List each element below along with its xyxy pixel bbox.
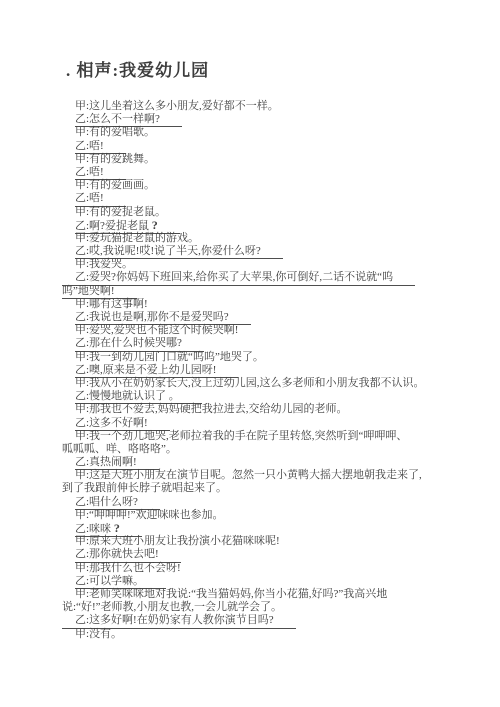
- dialogue-line: 乙:噢,原来是不爱上幼儿园呀!: [62, 364, 456, 377]
- dialogue-line-underlined-text: 乙:可以学嘛。: [75, 575, 166, 589]
- dialogue-line: 乙:咪咪 ?: [62, 522, 456, 535]
- dialogue-line-underlined-text: 乙:唔!: [75, 140, 126, 154]
- page-title: . 相声:我爱幼儿园: [66, 58, 456, 84]
- dialogue-line: 甲:老师笑咪咪地对我说:“我当猫妈妈,你当小花猫,好吗?”我高兴地: [62, 588, 456, 601]
- bold-question-mark: ?: [114, 521, 120, 535]
- dialogue-line: 甲:爱玩猫捉老鼠的游戏。: [62, 232, 456, 245]
- dialogue-line: 乙:那你就快去吧!: [62, 548, 456, 561]
- dialogue-line-text: 甲:没有。: [75, 628, 122, 640]
- dialogue-line-text: 甲:原来大班小朋友让我扮演小花猫咪咪呢!: [75, 535, 280, 547]
- dialogue-line: 乙:唔!: [62, 192, 456, 205]
- dialogue-line-text: 甲:这是大班小朋友在演节目呢。忽然一只小黄鸭大摇大摆地朝我走来了,: [75, 469, 422, 481]
- dialogue-line-underlined-text: 呜”地哭啊!: [62, 285, 137, 299]
- dialogue-line: 甲:有的爱捉老鼠。: [62, 206, 456, 219]
- dialogue-script: 甲:这儿坐着这么多小朋友,爱好都不一样。乙:怎么不一样啊?甲:有的爱唱歌。乙:唔…: [62, 100, 456, 641]
- dialogue-line-underlined-text: 乙:唔!: [75, 192, 126, 206]
- dialogue-line: 乙:那在什么时候哭哪?: [62, 337, 456, 350]
- dialogue-line: 说:“好!”老师教,小朋友也教,一会儿就学会了。: [62, 601, 456, 614]
- dialogue-line: 乙:哎,我说呢!哎!说了半天,你爱什么呀?: [62, 245, 456, 258]
- dialogue-line-underlined-text: 乙:那你就快去吧!: [75, 548, 181, 562]
- dialogue-line-text: 甲:老师笑咪咪地对我说:“我当猫妈妈,你当小花猫,好吗?”我高兴地: [75, 588, 387, 600]
- dialogue-line: 乙:这多好啊!在奶奶家有人教你演节目吗?: [62, 614, 456, 627]
- dialogue-line: 乙:唔!: [62, 166, 456, 179]
- dialogue-line-text: 甲:我一个劲儿地哭,老师拉着我的手在院子里转悠,突然听到“呷呷呷、: [75, 430, 407, 442]
- dialogue-line-text: 甲:我一到幼儿园门口就“呜呜”地哭了。: [75, 351, 264, 363]
- dialogue-line-text: 甲:哪有这事啊!: [75, 298, 148, 310]
- dialogue-line: 甲:有的爱跳舞。: [62, 153, 456, 166]
- dialogue-line-text: 甲:有的爱画画。: [75, 179, 155, 191]
- dialogue-line-text: 甲:那我什么也不会呀!: [75, 562, 181, 574]
- dialogue-line-underlined-text: 乙:唔!: [75, 166, 126, 180]
- dialogue-line-underlined-text: 乙:唱什么呀?: [75, 496, 160, 510]
- dialogue-line: 甲:哪有这事啊!: [62, 298, 456, 311]
- dialogue-line-text: 说:“好!”老师教,小朋友也教,一会儿就学会了。: [62, 601, 282, 613]
- dialogue-line: 乙:爱哭?你妈妈下班回来,给你买了大苹果,你可倒好,二话不说就“呜: [62, 271, 456, 284]
- dialogue-line: 甲:我爱哭。: [62, 258, 456, 271]
- dialogue-line-text: 甲:有的爱捉老鼠。: [75, 206, 166, 218]
- dialogue-line: 呜”地哭啊!: [62, 285, 456, 298]
- dialogue-line: 乙:可以学嘛。: [62, 575, 456, 588]
- dialogue-line-text: 到了我跟前伸长脖子就唱起来了。: [62, 482, 227, 494]
- document-page: . 相声:我爱幼儿园 甲:这儿坐着这么多小朋友,爱好都不一样。乙:怎么不一样啊?…: [0, 0, 500, 707]
- bold-question-mark: ?: [152, 218, 158, 232]
- dialogue-line: 甲:我一个劲儿地哭,老师拉着我的手在院子里转悠,突然听到“呷呷呷、: [62, 430, 456, 443]
- dialogue-line-text: 甲:那我也不爱去,妈妈硬把我拉进去,交给幼儿园的老师。: [75, 403, 348, 415]
- dialogue-line: 甲:这是大班小朋友在演节目呢。忽然一只小黄鸭大摇大摆地朝我走来了,: [62, 469, 456, 482]
- dialogue-line: 甲:我从小在奶奶家长大,没上过幼儿园,这么多老师和小朋友我都不认识。: [62, 377, 456, 390]
- dialogue-line-text: 甲:有的爱跳舞。: [75, 153, 155, 165]
- document-content: . 相声:我爱幼儿园 甲:这儿坐着这么多小朋友,爱好都不一样。乙:怎么不一样啊?…: [0, 0, 500, 641]
- dialogue-line: 甲:那我什么也不会呀!: [62, 562, 456, 575]
- dialogue-line: 到了我跟前伸长脖子就唱起来了。: [62, 482, 456, 495]
- dialogue-line-text: 甲:有的爱唱歌。: [75, 126, 155, 138]
- dialogue-line-text: 甲:这儿坐着这么多小朋友,爱好都不一样。: [75, 100, 279, 112]
- dialogue-line: 甲:爱哭,爱哭也不能这个时候哭啊!: [62, 324, 456, 337]
- dialogue-line: 乙:唔!: [62, 140, 456, 153]
- dialogue-line: 呱呱呱、咩、咯咯咯”。: [62, 443, 456, 456]
- dialogue-line: 甲:有的爱唱歌。: [62, 126, 456, 139]
- dialogue-line: 乙:我说也是啊,那你不是爱哭吗?: [62, 311, 456, 324]
- dialogue-line-underlined-text: 乙:爱哭?你妈妈下班回来,给你买了大苹果,你可倒好,二话不说就“呜: [62, 271, 415, 285]
- dialogue-line: 乙:啊?爱捉老鼠 ?: [62, 219, 456, 232]
- dialogue-line: 甲:我一到幼儿园门口就“呜呜”地哭了。: [62, 351, 456, 364]
- dialogue-line: 乙:唱什么呀?: [62, 496, 456, 509]
- dialogue-line-text: 甲:爱玩猫捉老鼠的游戏。: [75, 232, 199, 244]
- dialogue-line: 甲:那我也不爱去,妈妈硬把我拉进去,交给幼儿园的老师。: [62, 403, 456, 416]
- dialogue-line: 乙:这多不好啊!: [62, 417, 456, 430]
- dialogue-line: 乙:慢慢地就认识了 。: [62, 390, 456, 403]
- dialogue-line: 甲:原来大班小朋友让我扮演小花猫咪咪呢!: [62, 535, 456, 548]
- dialogue-line-text: 甲:爱哭,爱哭也不能这个时候哭啊!: [75, 324, 238, 336]
- dialogue-line: 甲:“呷呷呷!”欢迎咪咪也参加。: [62, 509, 456, 522]
- dialogue-line-underlined-text: 乙:这多不好啊!: [75, 417, 170, 431]
- dialogue-line-underlined-text: 乙:那在什么时候哭哪?: [75, 337, 204, 351]
- dialogue-line-text: 呱呱呱、咩、咯咯咯”。: [62, 443, 177, 455]
- dialogue-line: 甲:有的爱画画。: [62, 179, 456, 192]
- dialogue-line: 乙:真热闹啊!: [62, 456, 456, 469]
- dialogue-line: 乙:怎么不一样啊?: [62, 113, 456, 126]
- dialogue-line-text: 甲:我爱哭。: [75, 258, 133, 270]
- dialogue-line-text: 甲:我从小在奶奶家长大,没上过幼儿园,这么多老师和小朋友我都不认识。: [75, 377, 425, 389]
- dialogue-line: 甲:没有。: [62, 628, 456, 641]
- dialogue-line-underlined-text: 乙:噢,原来是不爱上幼儿园呀!: [75, 364, 238, 378]
- dialogue-line: 甲:这儿坐着这么多小朋友,爱好都不一样。: [62, 100, 456, 113]
- dialogue-line-text: 甲:“呷呷呷!”欢迎咪咪也参加。: [75, 509, 223, 521]
- dialogue-line-underlined-text: 乙:这多好啊!在奶奶家有人教你演节目吗?: [62, 614, 296, 628]
